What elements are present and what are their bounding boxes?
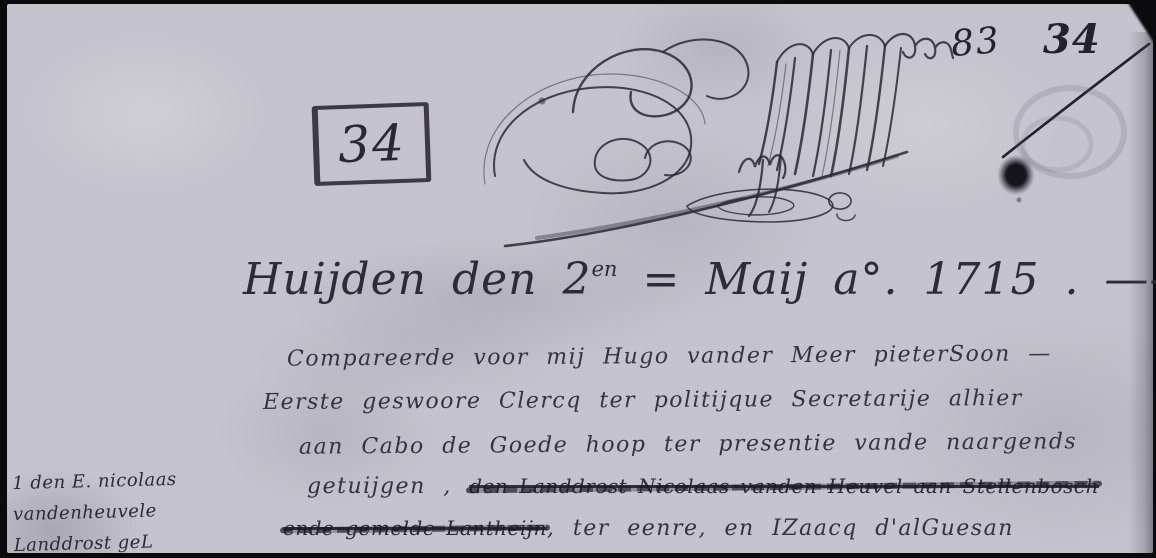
archival-number-left: 83 xyxy=(949,20,1002,65)
heading-ordinal-superscript: en xyxy=(591,257,617,281)
scanned-document-page: 34 83 34 Huijden den 2en = Maij a°. 1715… xyxy=(0,0,1156,558)
document-heading: Huijden den 2en = Maij a°. 1715 . —— xyxy=(243,254,1156,305)
ink-blot xyxy=(993,150,1039,200)
heading-date-start: Huijden den 2 xyxy=(243,254,591,305)
body-line-5: ende gemelde Lantheijn, ter eenre, en IZ… xyxy=(283,516,1014,541)
body-line-4-prefix: getuijgen , xyxy=(307,474,452,499)
paper-background: 34 83 34 Huijden den 2en = Maij a°. 1715… xyxy=(7,4,1153,553)
margin-note-line-3: Landdrost geL xyxy=(13,526,178,558)
margin-note-line-2: vandenheuvele xyxy=(13,495,178,530)
body-line-1: Compareerde voor mij Hugo vander Meer pi… xyxy=(287,341,1052,371)
body-line-3: aan Cabo de Goede hoop ter presentie van… xyxy=(299,429,1077,459)
heading-date-end: = Maij a°. 1715 . —— xyxy=(642,254,1156,305)
struck-out-text-1: den Landdrost Nicolaas vanden Heuvel aan… xyxy=(469,474,1099,498)
margin-note: 1 den E. nicolaas vandenheuvele Landdros… xyxy=(12,464,179,558)
body-line-2: Eerste geswoore Clercq ter politijque Se… xyxy=(263,386,1023,415)
archival-number-right: 34 xyxy=(1043,16,1101,63)
body-line-4: getuijgen , den Landdrost Nicolaas vande… xyxy=(307,474,1099,499)
folio-number: 34 xyxy=(337,114,407,174)
calligraphic-flourish xyxy=(477,24,977,249)
struck-out-text-2: ende gemelde Lantheijn xyxy=(283,516,547,540)
body-line-5-rest: , ter eenre, en IZaacq d'alGuesan xyxy=(547,516,1014,541)
margin-note-line-1: 1 den E. nicolaas xyxy=(12,464,177,499)
scan-corner-top-right xyxy=(1126,0,1156,46)
folio-number-box: 34 xyxy=(312,102,432,186)
